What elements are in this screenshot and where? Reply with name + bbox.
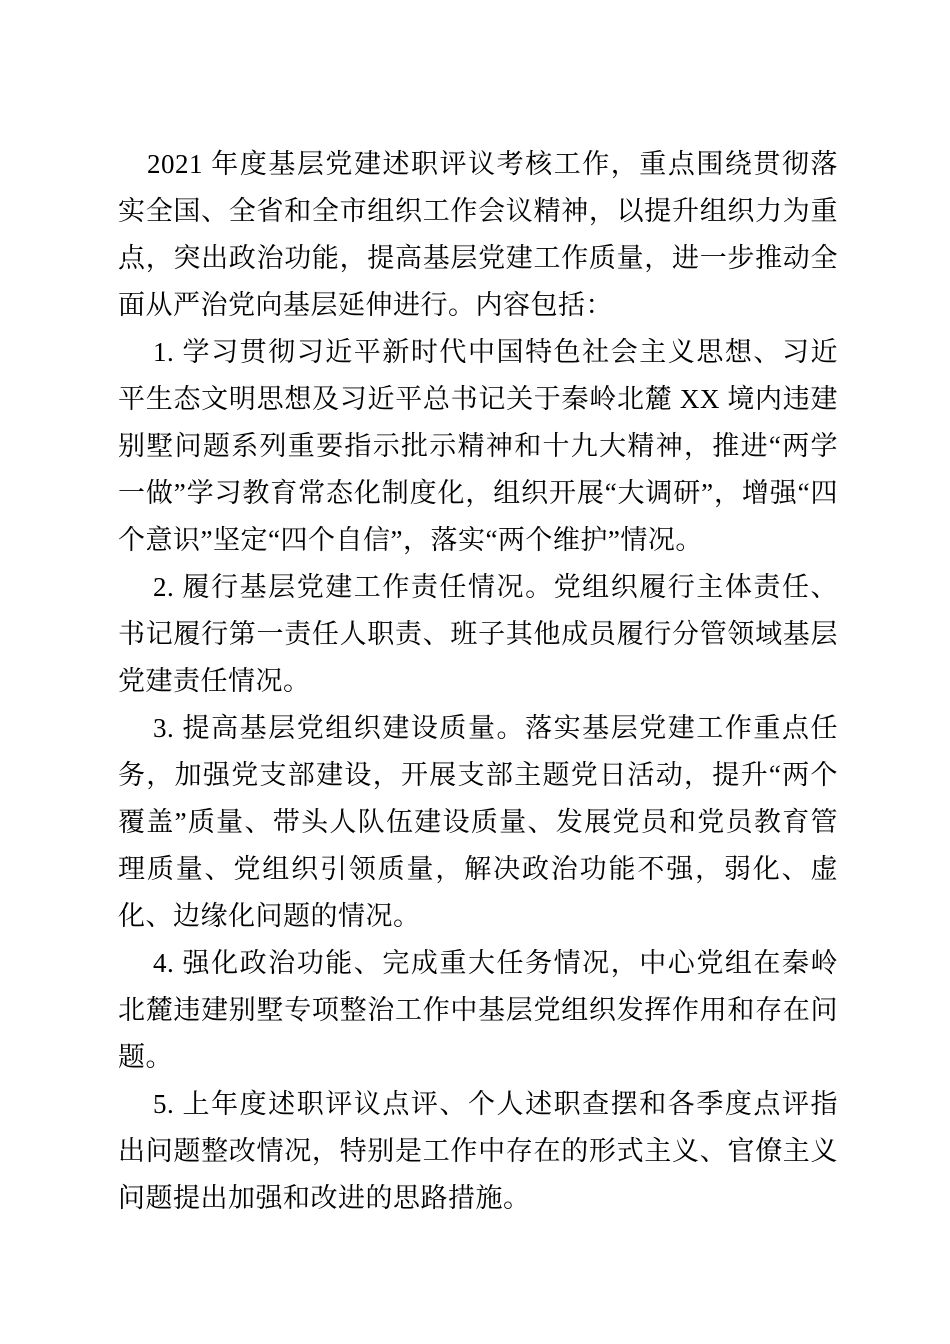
paragraph-item-5: 5. 上年度述职评议点评、个人述职查摆和各季度点评指出问题整改情况，特别是工作中…: [118, 1081, 838, 1222]
paragraph-item-3: 3. 提高基层党组织建设质量。落实基层党建工作重点任务，加强党支部建设，开展支部…: [118, 705, 838, 940]
paragraph-item-2: 2. 履行基层党建工作责任情况。党组织履行主体责任、书记履行第一责任人职责、班子…: [118, 564, 838, 705]
paragraph-item-1: 1. 学习贯彻习近平新时代中国特色社会主义思想、习近平生态文明思想及习近平总书记…: [118, 329, 838, 564]
document-page: 2021 年度基层党建述职评议考核工作，重点围绕贯彻落实全国、全省和全市组织工作…: [0, 0, 950, 1344]
paragraph-item-4: 4. 强化政治功能、完成重大任务情况，中心党组在秦岭北麓违建别墅专项整治工作中基…: [118, 940, 838, 1081]
paragraph-intro: 2021 年度基层党建述职评议考核工作，重点围绕贯彻落实全国、全省和全市组织工作…: [118, 141, 838, 329]
